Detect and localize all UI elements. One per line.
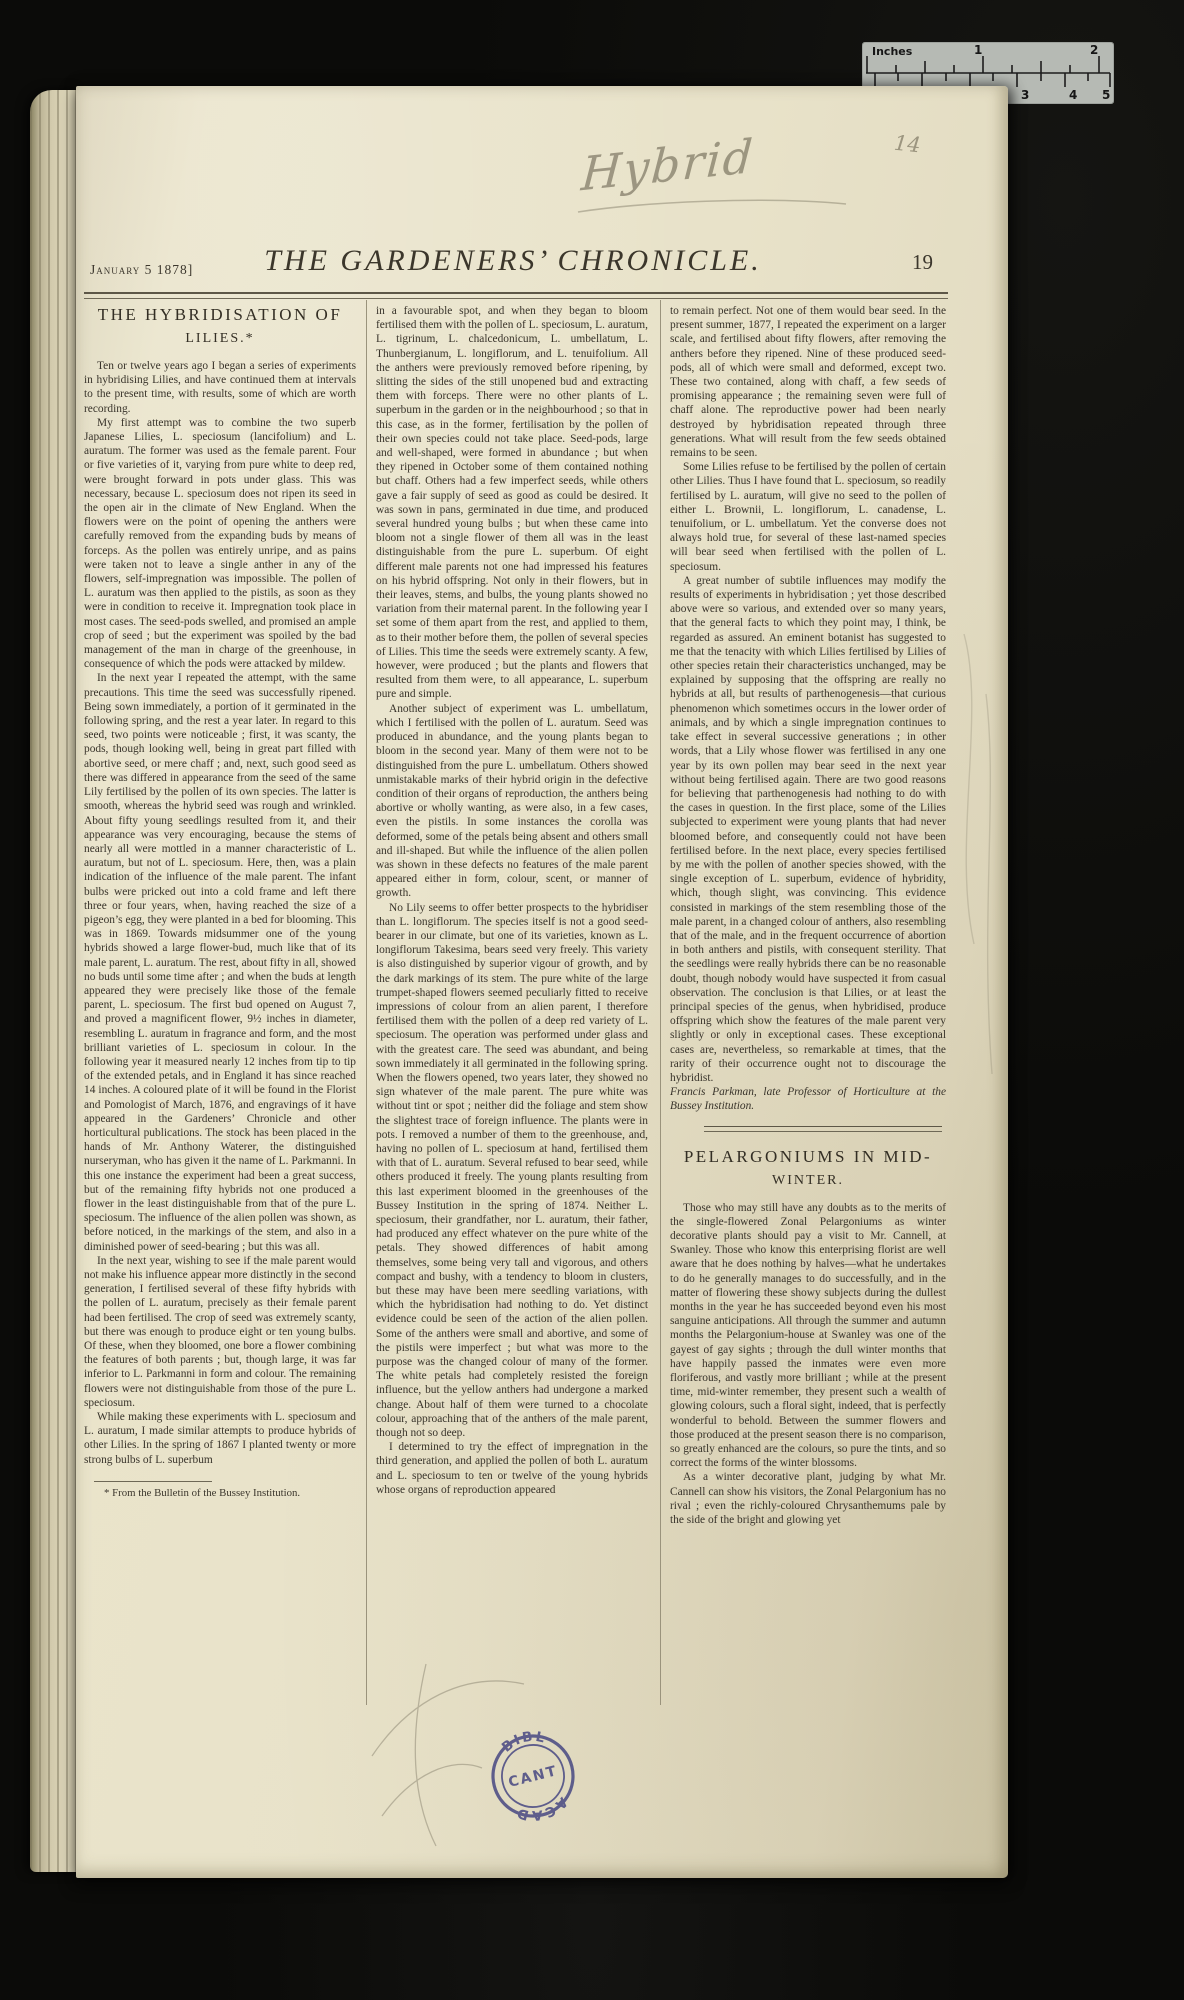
paragraph: Another subject of experiment was L. umb… xyxy=(376,702,648,901)
article-1-text-col3: to remain perfect. Not one of them would… xyxy=(670,304,946,1114)
ruler-inch-1: 1 xyxy=(974,43,982,57)
ruler-cm-5: 5 xyxy=(1102,88,1110,102)
pencil-scribble xyxy=(364,1656,534,1876)
issue-date: January 5 1878] xyxy=(90,262,193,278)
book-page-edges xyxy=(30,90,78,1872)
footnote-rule xyxy=(94,1481,212,1482)
paragraph: Those who may still have any doubts as t… xyxy=(670,1201,946,1471)
paragraph: In the next year, wishing to see if the … xyxy=(84,1254,356,1410)
page-number: 19 xyxy=(912,250,933,275)
article-1-heading: THE HYBRIDISATION OF LILIES.* xyxy=(84,304,356,349)
paragraph: Francis Parkman, late Professor of Horti… xyxy=(670,1085,946,1113)
masthead-rule xyxy=(84,292,948,299)
footnote-block: * From the Bulletin of the Bussey Instit… xyxy=(84,1481,356,1500)
article-1-text-col2: in a favourable spot, and when they bega… xyxy=(376,304,648,1497)
column-rule-1 xyxy=(366,300,367,1705)
paragraph: No Lily seems to offer better prospects … xyxy=(376,901,648,1441)
paragraph: to remain perfect. Not one of them would… xyxy=(670,304,946,460)
article-1-heading-line1: THE HYBRIDISATION OF xyxy=(84,304,356,326)
column-rule-2 xyxy=(660,300,661,1705)
ruler-inch-2: 2 xyxy=(1090,43,1098,57)
article-1-heading-line2: LILIES.* xyxy=(84,329,356,349)
section-divider-rule xyxy=(704,1126,942,1132)
ruler-cm-4: 4 xyxy=(1069,88,1077,102)
article-2-heading: PELARGONIUMS IN MID- WINTER. xyxy=(670,1146,946,1191)
paragraph: Ten or twelve years ago I began a series… xyxy=(84,359,356,416)
paragraph: In the next year I repeated the attempt,… xyxy=(84,671,356,1253)
margin-pencil-marks xyxy=(934,634,1004,1084)
column-2: in a favourable spot, and when they bega… xyxy=(376,304,648,1497)
ruler-inches-label: Inches xyxy=(872,45,913,58)
scanned-page: Hybrid 14 January 5 1878] THE GARDENERS’… xyxy=(76,86,1008,1878)
paragraph: I determined to try the effect of impreg… xyxy=(376,1440,648,1497)
column-1: THE HYBRIDISATION OF LILIES.* Ten or twe… xyxy=(84,304,356,1500)
paragraph: While making these experiments with L. s… xyxy=(84,1410,356,1467)
column-3: to remain perfect. Not one of them would… xyxy=(670,304,946,1527)
footnote-text: * From the Bulletin of the Bussey Instit… xyxy=(84,1487,356,1500)
article-2-text: Those who may still have any doubts as t… xyxy=(670,1201,946,1528)
publication-title: THE GARDENERS’ CHRONICLE. xyxy=(264,244,762,278)
article-2-heading-line2: WINTER. xyxy=(670,1171,946,1191)
ruler-cm-3: 3 xyxy=(1021,88,1029,102)
paragraph: Some Lilies refuse to be fertilised by t… xyxy=(670,460,946,574)
paragraph: My first attempt was to combine the two … xyxy=(84,416,356,672)
paragraph: As a winter decorative plant, judging by… xyxy=(670,1470,946,1527)
article-2-heading-line1: PELARGONIUMS IN MID- xyxy=(670,1146,946,1168)
pencil-annotation-hybrid: Hybrid xyxy=(580,129,757,202)
pencil-underline-flourish xyxy=(574,192,854,218)
article-1-text-col1: Ten or twelve years ago I began a series… xyxy=(84,359,356,1467)
paragraph: A great number of subtile influences may… xyxy=(670,574,946,1085)
pencil-page-number: 14 xyxy=(893,131,922,158)
paragraph: in a favourable spot, and when they bega… xyxy=(376,304,648,702)
